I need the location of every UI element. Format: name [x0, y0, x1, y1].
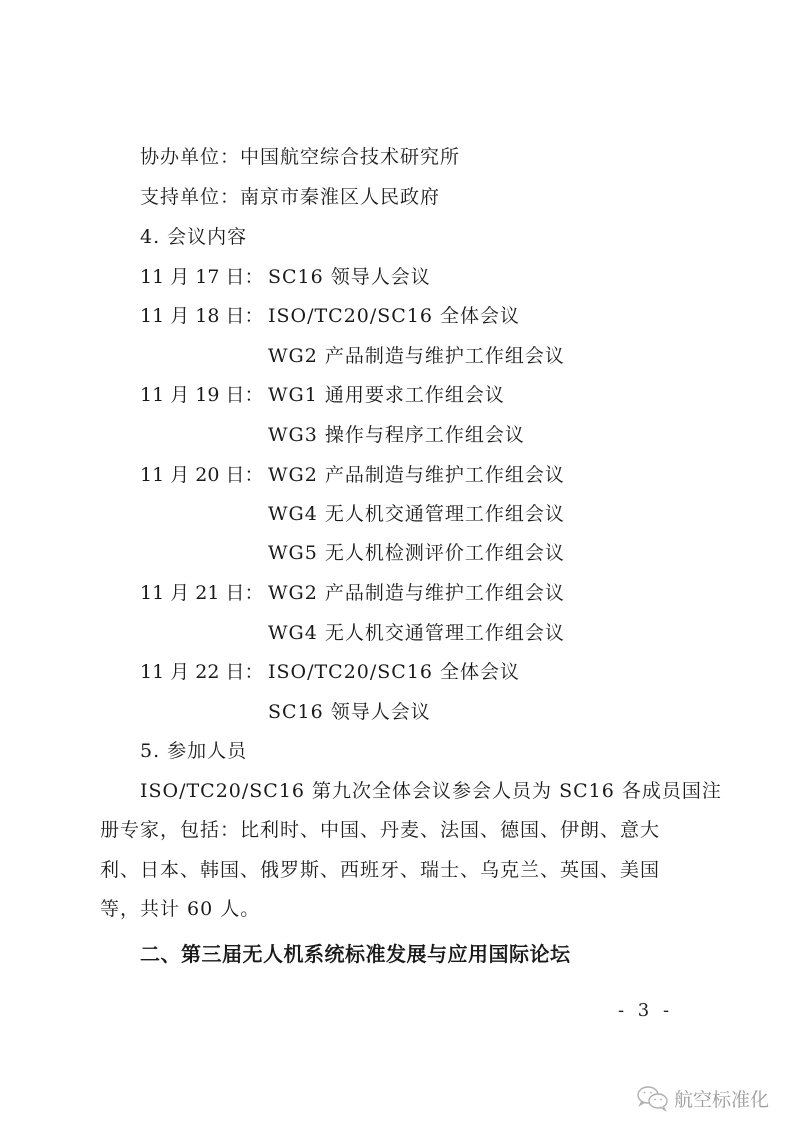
- organizer-label: 协办单位：: [140, 146, 240, 168]
- schedule-item: WG2 产品制造与维护工作组会议: [268, 464, 565, 486]
- section-title: 4. 会议内容: [140, 225, 247, 249]
- organizer-label: 支持单位：: [140, 186, 240, 208]
- schedule-row: 11 月 20 日：WG2 产品制造与维护工作组会议: [140, 463, 565, 487]
- paragraph-line: 册专家，包括：比利时、中国、丹麦、法国、德国、伊朗、意大: [100, 818, 660, 842]
- schedule-date: 11 月 19 日：: [140, 383, 268, 407]
- watermark-text: 航空标准化: [674, 1085, 769, 1112]
- organizer-line: 协办单位：中国航空综合技术研究所: [140, 145, 460, 169]
- schedule-item: WG4 无人机交通管理工作组会议: [268, 502, 565, 526]
- schedule-row: 11 月 22 日：ISO/TC20/SC16 全体会议: [140, 660, 520, 684]
- paragraph-line: ISO/TC20/SC16 第九次全体会议参会人员为 SC16 各成员国注: [140, 779, 722, 803]
- schedule-item: ISO/TC20/SC16 全体会议: [268, 305, 520, 327]
- schedule-date: 11 月 20 日：: [140, 463, 268, 487]
- schedule-item: SC16 领导人会议: [268, 700, 431, 724]
- organizer-line: 支持单位：南京市秦淮区人民政府: [140, 185, 440, 209]
- schedule-row: 11 月 17 日：SC16 领导人会议: [140, 265, 431, 289]
- schedule-date: 11 月 18 日：: [140, 304, 268, 328]
- schedule-item: SC16 领导人会议: [268, 266, 431, 288]
- paragraph-line: 利、日本、韩国、俄罗斯、西班牙、瑞士、乌克兰、英国、美国: [100, 858, 660, 882]
- schedule-item: WG3 操作与程序工作组会议: [268, 423, 525, 447]
- schedule-date: 11 月 17 日：: [140, 265, 268, 289]
- organizer-value: 南京市秦淮区人民政府: [240, 186, 440, 208]
- document-page: 协办单位：中国航空综合技术研究所 支持单位：南京市秦淮区人民政府 4. 会议内容…: [0, 0, 800, 1131]
- organizer-value: 中国航空综合技术研究所: [240, 146, 460, 168]
- schedule-item: ISO/TC20/SC16 全体会议: [268, 661, 520, 683]
- schedule-item: WG4 无人机交通管理工作组会议: [268, 621, 565, 645]
- paragraph-line: 等，共计 60 人。: [100, 897, 260, 921]
- schedule-date: 11 月 22 日：: [140, 660, 268, 684]
- schedule-row: 11 月 19 日：WG1 通用要求工作组会议: [140, 383, 505, 407]
- schedule-item: WG5 无人机检测评价工作组会议: [268, 541, 565, 565]
- page-number: - 3 -: [618, 1000, 673, 1021]
- watermark: 航空标准化: [636, 1084, 769, 1112]
- section-heading: 二、第三届无人机系统标准发展与应用国际论坛: [140, 942, 571, 966]
- schedule-item: WG2 产品制造与维护工作组会议: [268, 344, 565, 368]
- schedule-row: 11 月 21 日：WG2 产品制造与维护工作组会议: [140, 581, 565, 605]
- schedule-item: WG2 产品制造与维护工作组会议: [268, 582, 565, 604]
- schedule-row: 11 月 18 日：ISO/TC20/SC16 全体会议: [140, 304, 520, 328]
- schedule-item: WG1 通用要求工作组会议: [268, 384, 505, 406]
- wechat-icon: [636, 1084, 670, 1112]
- schedule-date: 11 月 21 日：: [140, 581, 268, 605]
- section-title: 5. 参加人员: [140, 739, 247, 763]
